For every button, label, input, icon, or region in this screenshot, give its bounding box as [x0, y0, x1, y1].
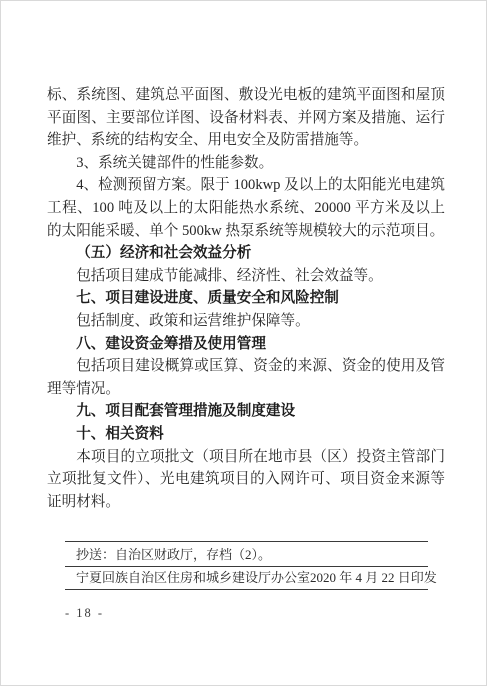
body-paragraph: 包括制度、政策和运营维护保障等。 — [47, 310, 445, 333]
print-date: 2020 年 4 月 22 日印发 — [310, 567, 437, 589]
issuer-office: 宁夏回族自治区住房和城乡建设厅办公室 — [76, 567, 310, 589]
body-paragraph: 4、检测预留方案。限于 100kwp 及以上的太阳能光电建筑工程、100 吨及以… — [47, 174, 445, 242]
section-heading: 八、建设资金筹措及使用管理 — [47, 333, 445, 356]
body-paragraph: 包括项目建设概算或匡算、资金的来源、资金的使用及管理等情况。 — [47, 355, 445, 400]
issuer-line: 宁夏回族自治区住房和城乡建设厅办公室 2020 年 4 月 22 日印发 — [65, 567, 428, 589]
body-paragraph: 3、系统关键部件的性能参数。 — [47, 152, 445, 175]
section-heading: 十、相关资料 — [47, 423, 445, 446]
section-heading: 七、项目建设进度、质量安全和风险控制 — [47, 287, 445, 310]
document-body: 标、系统图、建筑总平面图、敷设光电板的建筑平面图和屋顶平面图、主要部位详图、设备… — [47, 84, 445, 513]
document-page: 标、系统图、建筑总平面图、敷设光电板的建筑平面图和屋顶平面图、主要部位详图、设备… — [0, 0, 487, 686]
body-paragraph: 包括项目建成节能减排、经济性、社会效益等。 — [47, 265, 445, 288]
cc-line: 抄送：自治区财政厅，存档（2）。 — [65, 542, 428, 566]
page-number: - 18 - — [65, 606, 104, 621]
section-heading: 九、项目配套管理措施及制度建设 — [47, 400, 445, 423]
body-paragraph: 标、系统图、建筑总平面图、敷设光电板的建筑平面图和屋顶平面图、主要部位详图、设备… — [47, 84, 445, 152]
document-footer: 抄送：自治区财政厅，存档（2）。 宁夏回族自治区住房和城乡建设厅办公室 2020… — [65, 541, 428, 590]
body-paragraph: 本项目的立项批文（项目所在地市县（区）投资主管部门立项批复文件）、光电建筑项目的… — [47, 446, 445, 514]
section-heading: （五）经济和社会效益分析 — [47, 242, 445, 265]
footer-rule-bottom — [65, 589, 428, 590]
